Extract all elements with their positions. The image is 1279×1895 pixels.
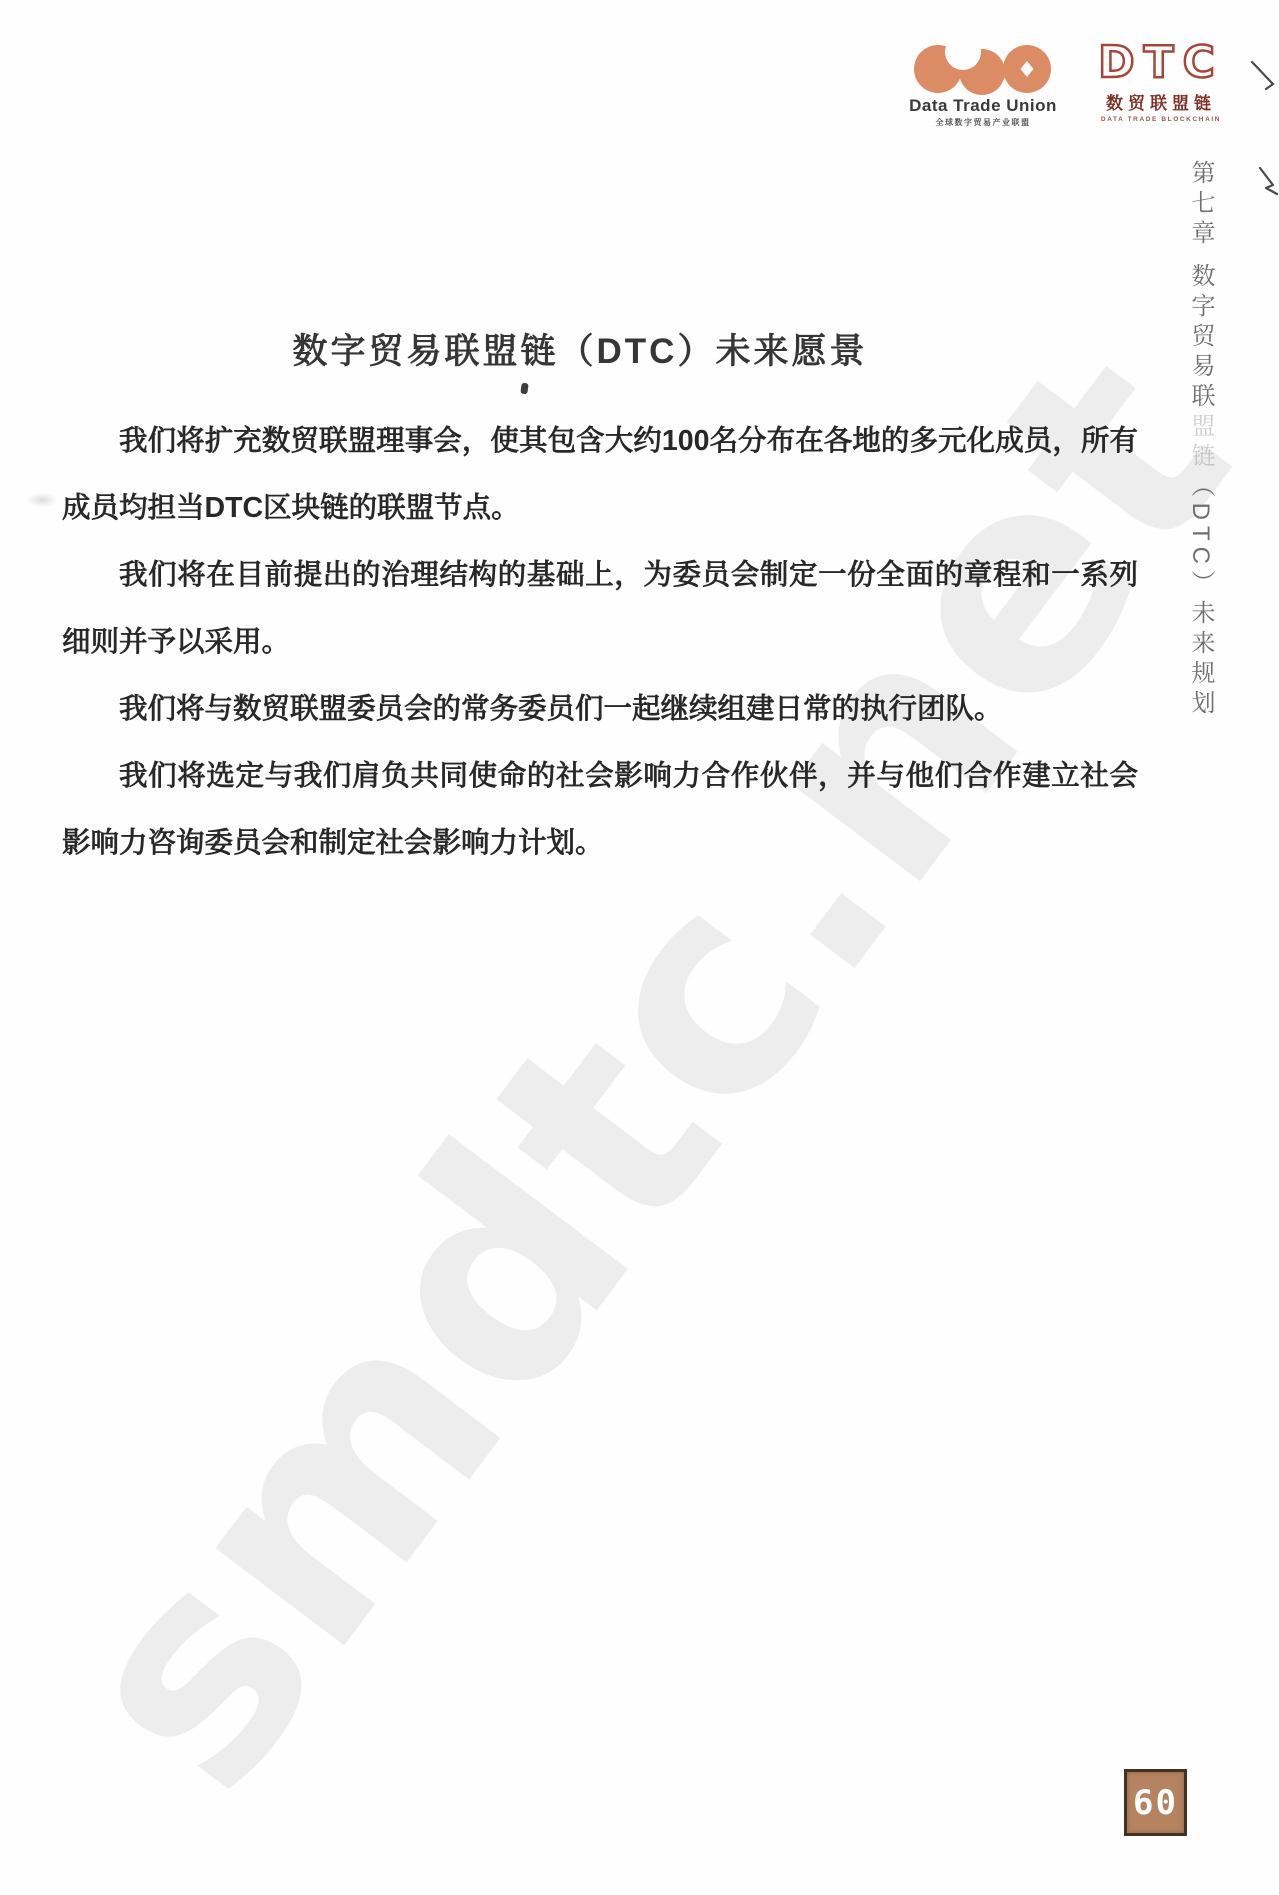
dtc-logo-acronym: DTC [1086, 38, 1236, 88]
chapter-label-lead: 第七章 数字贸易联 [1187, 160, 1214, 413]
chapter-label-tail: （DTC）未来规划 [1187, 473, 1214, 720]
ink-dot-artifact [520, 383, 528, 395]
chapter-label-faded: 盟链 [1187, 413, 1214, 473]
dtc-logo-subtitle: DATA TRADE BLOCKCHAIN [1086, 116, 1236, 123]
pen-squiggle-mark-icon [1258, 165, 1279, 199]
paragraph-1: 我们将扩充数贸联盟理事会，使其包含大约100名分布在各地的多元化成员，所有成员均… [62, 408, 1138, 542]
dtu-logo-name: Data Trade Union [903, 96, 1063, 116]
paragraph-3: 我们将与数贸联盟委员会的常务委员们一起继续组建日常的执行团队。 [62, 676, 1138, 743]
body-text: 我们将扩充数贸联盟理事会，使其包含大约100名分布在各地的多元化成员，所有成员均… [62, 408, 1138, 877]
page-title: 数字贸易联盟链（DTC）未来愿景 [60, 324, 1100, 374]
pen-check-mark-icon [1249, 58, 1279, 96]
page-number-badge: 60 [1124, 1769, 1187, 1836]
chapter-sidebar-label: 第七章 数字贸易联盟链（DTC）未来规划 [1183, 160, 1218, 630]
paragraph-2: 我们将在目前提出的治理结构的基础上，为委员会制定一份全面的章程和一系列细则并予以… [62, 542, 1138, 676]
dtc-logo: DTC 数贸联盟链 DATA TRADE BLOCKCHAIN [1086, 38, 1236, 123]
three-orange-circles-icon [912, 40, 1054, 98]
paragraph-4: 我们将选定与我们肩负共同使命的社会影响力合作伙伴，并与他们合作建立社会影响力咨询… [62, 743, 1138, 877]
dtu-logo-subtitle: 全球数字贸易产业联盟 [903, 117, 1063, 128]
dtc-logo-name: 数贸联盟链 [1086, 89, 1236, 114]
data-trade-union-logo: Data Trade Union 全球数字贸易产业联盟 [903, 40, 1063, 128]
scan-smudge-artifact [26, 493, 58, 507]
